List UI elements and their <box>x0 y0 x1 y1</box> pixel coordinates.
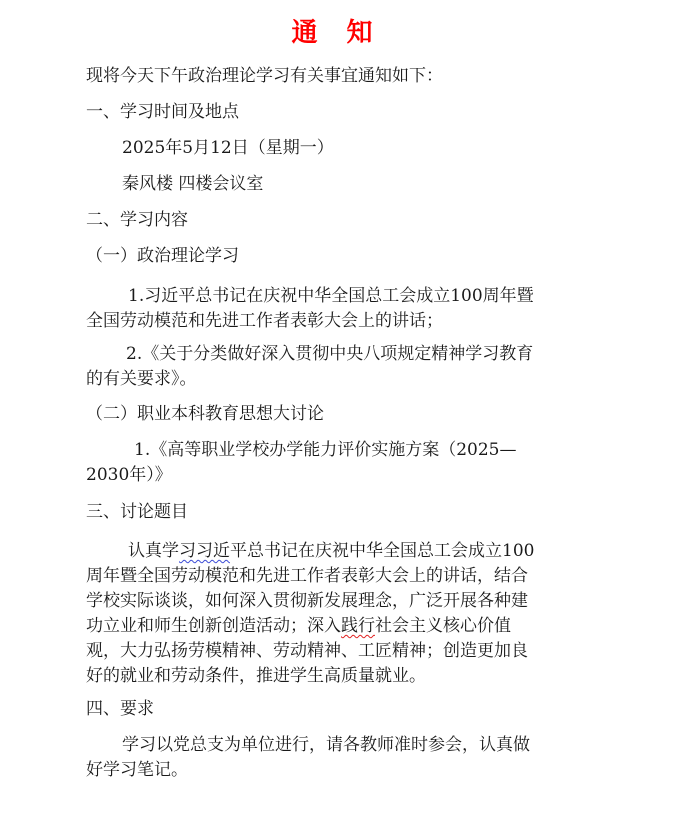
section3-line5: 观，大力弘扬劳模精神、劳动精神、工匠精神；创造更加良 <box>86 639 528 663</box>
meeting-location: 秦风楼 四楼会议室 <box>122 172 263 196</box>
section4-line2: 好学习笔记。 <box>86 758 188 782</box>
section3-line4-pre: 功立业和师生创新创造活动；深入 <box>86 616 341 636</box>
grammar-underline[interactable]: 习习近 <box>179 541 230 561</box>
sub2-item1-line1: 1.《高等职业学校办学能力评价实施方案（2025— <box>134 438 516 462</box>
sub2-item1-line2: 2030年）》 <box>86 463 172 487</box>
sub1-item1-line1: 1.习近平总书记在庆祝中华全国总工会成立100周年暨 <box>128 284 534 308</box>
spelling-underline[interactable]: 践行 <box>341 616 375 636</box>
section4-heading: 四、要求 <box>86 697 154 721</box>
section4-line1: 学习以党总支为单位进行，请各教师准时参会，认真做 <box>122 733 530 757</box>
section3-line1-post: 平总书记在庆祝中华全国总工会成立100 <box>230 541 534 561</box>
sub1-item2-line2: 的有关要求》。 <box>86 367 197 391</box>
section3-line4: 功立业和师生创新创造活动；深入践行社会主义核心价值 <box>86 614 511 638</box>
section3-heading: 三、讨论题目 <box>86 500 188 524</box>
section3-line4-post: 社会主义核心价值 <box>375 616 511 636</box>
sub1-item2-line1: 2.《关于分类做好深入贯彻中央八项规定精神学习教育 <box>126 342 533 366</box>
document-title: 通 知 <box>0 16 674 50</box>
intro-text: 现将今天下午政治理论学习有关事宜通知如下： <box>86 64 443 88</box>
section3-line6: 好的就业和劳动条件，推进学生高质量就业。 <box>86 664 426 688</box>
section2-heading: 二、学习内容 <box>86 208 188 232</box>
section3-line3: 学校实际谈谈，如何深入贯彻新发展理念，广泛开展各种建 <box>86 589 528 613</box>
section3-line1: 认真学习习近平总书记在庆祝中华全国总工会成立100 <box>128 539 534 563</box>
subsection1-heading: （一）政治理论学习 <box>86 244 239 268</box>
subsection2-heading: （二）职业本科教育思想大讨论 <box>86 402 324 426</box>
section3-line2: 周年暨全国劳动模范和先进工作者表彰大会上的讲话，结合 <box>86 564 528 588</box>
sub1-item1-line2: 全国劳动模范和先进工作者表彰大会上的讲话； <box>86 309 443 333</box>
meeting-date: 2025年5月12日（星期一） <box>122 136 334 160</box>
section1-heading: 一、学习时间及地点 <box>86 100 239 124</box>
section3-line1-pre: 认真学 <box>128 541 179 561</box>
